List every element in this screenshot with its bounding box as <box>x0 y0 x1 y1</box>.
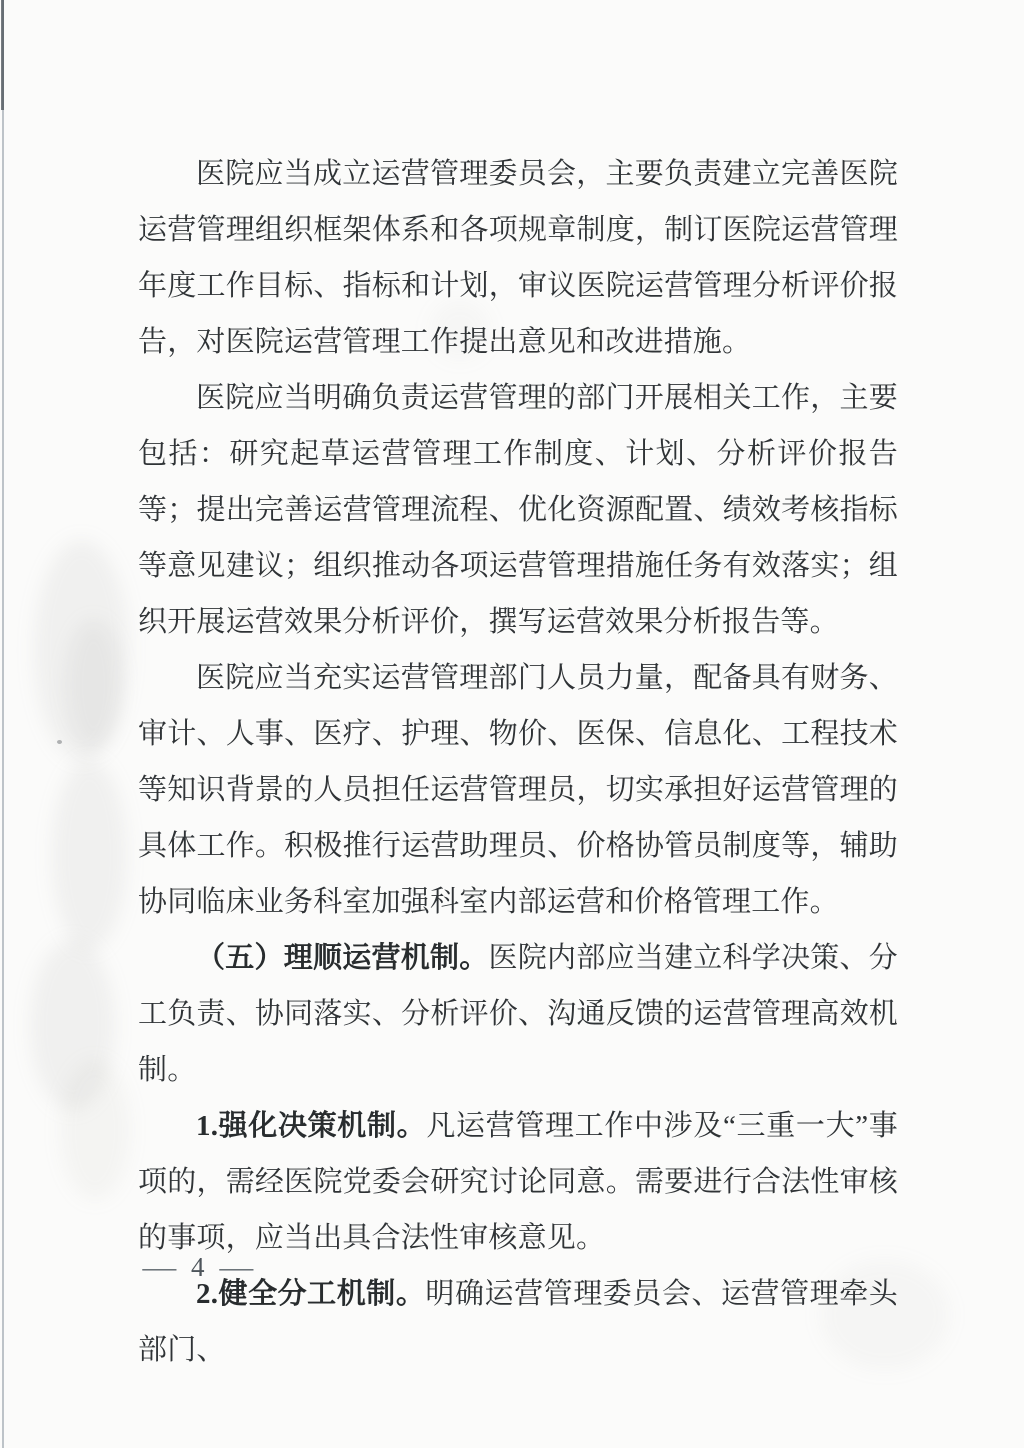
paragraph-text: 医院应当充实运营管理部门人员力量，配备具有财务、审计、人事、医疗、护理、物价、医… <box>138 662 898 918</box>
paragraph: 医院应当明确负责运营管理的部门开展相关工作，主要包括：研究起草运营管理工作制度、… <box>138 370 898 650</box>
scan-speck <box>57 740 62 744</box>
scan-noise-blob <box>52 760 127 950</box>
document-page: 医院应当成立运营管理委员会，主要负责建立完善医院运营管理组织框架体系和各项规章制… <box>0 0 1024 1448</box>
paragraph-section-heading: （五）理顺运营机制。医院内部应当建立科学决策、分工负责、协同落实、分析评价、沟通… <box>138 930 898 1098</box>
page-number: — 4 — <box>146 1252 251 1283</box>
page-number-right-dash: — <box>219 1252 254 1283</box>
scan-noise-blob <box>66 620 121 750</box>
paragraph-text: 医院应当成立运营管理委员会，主要负责建立完善医院运营管理组织框架体系和各项规章制… <box>138 158 898 358</box>
paragraph-text: 医院应当明确负责运营管理的部门开展相关工作，主要包括：研究起草运营管理工作制度、… <box>138 382 898 638</box>
paragraph-lead: 1.强化决策机制。 <box>196 1110 426 1142</box>
document-body: 医院应当成立运营管理委员会，主要负责建立完善医院运营管理组织框架体系和各项规章制… <box>138 146 898 1378</box>
paragraph: 医院应当成立运营管理委员会，主要负责建立完善医院运营管理组织框架体系和各项规章制… <box>138 146 898 370</box>
paragraph-lead: （五）理顺运营机制。 <box>196 942 489 974</box>
page-number-left-dash: — <box>143 1252 178 1283</box>
scan-edge-line-dark <box>1 0 4 110</box>
scan-noise-blob <box>60 1060 130 1200</box>
paragraph: 医院应当充实运营管理部门人员力量，配备具有财务、审计、人事、医疗、护理、物价、医… <box>138 650 898 930</box>
page-number-value: 4 <box>191 1252 206 1283</box>
paragraph-numbered-item: 1.强化决策机制。凡运营管理工作中涉及“三重一大”事项的，需经医院党委会研究讨论… <box>138 1098 898 1266</box>
scan-edge-line <box>2 0 4 1448</box>
